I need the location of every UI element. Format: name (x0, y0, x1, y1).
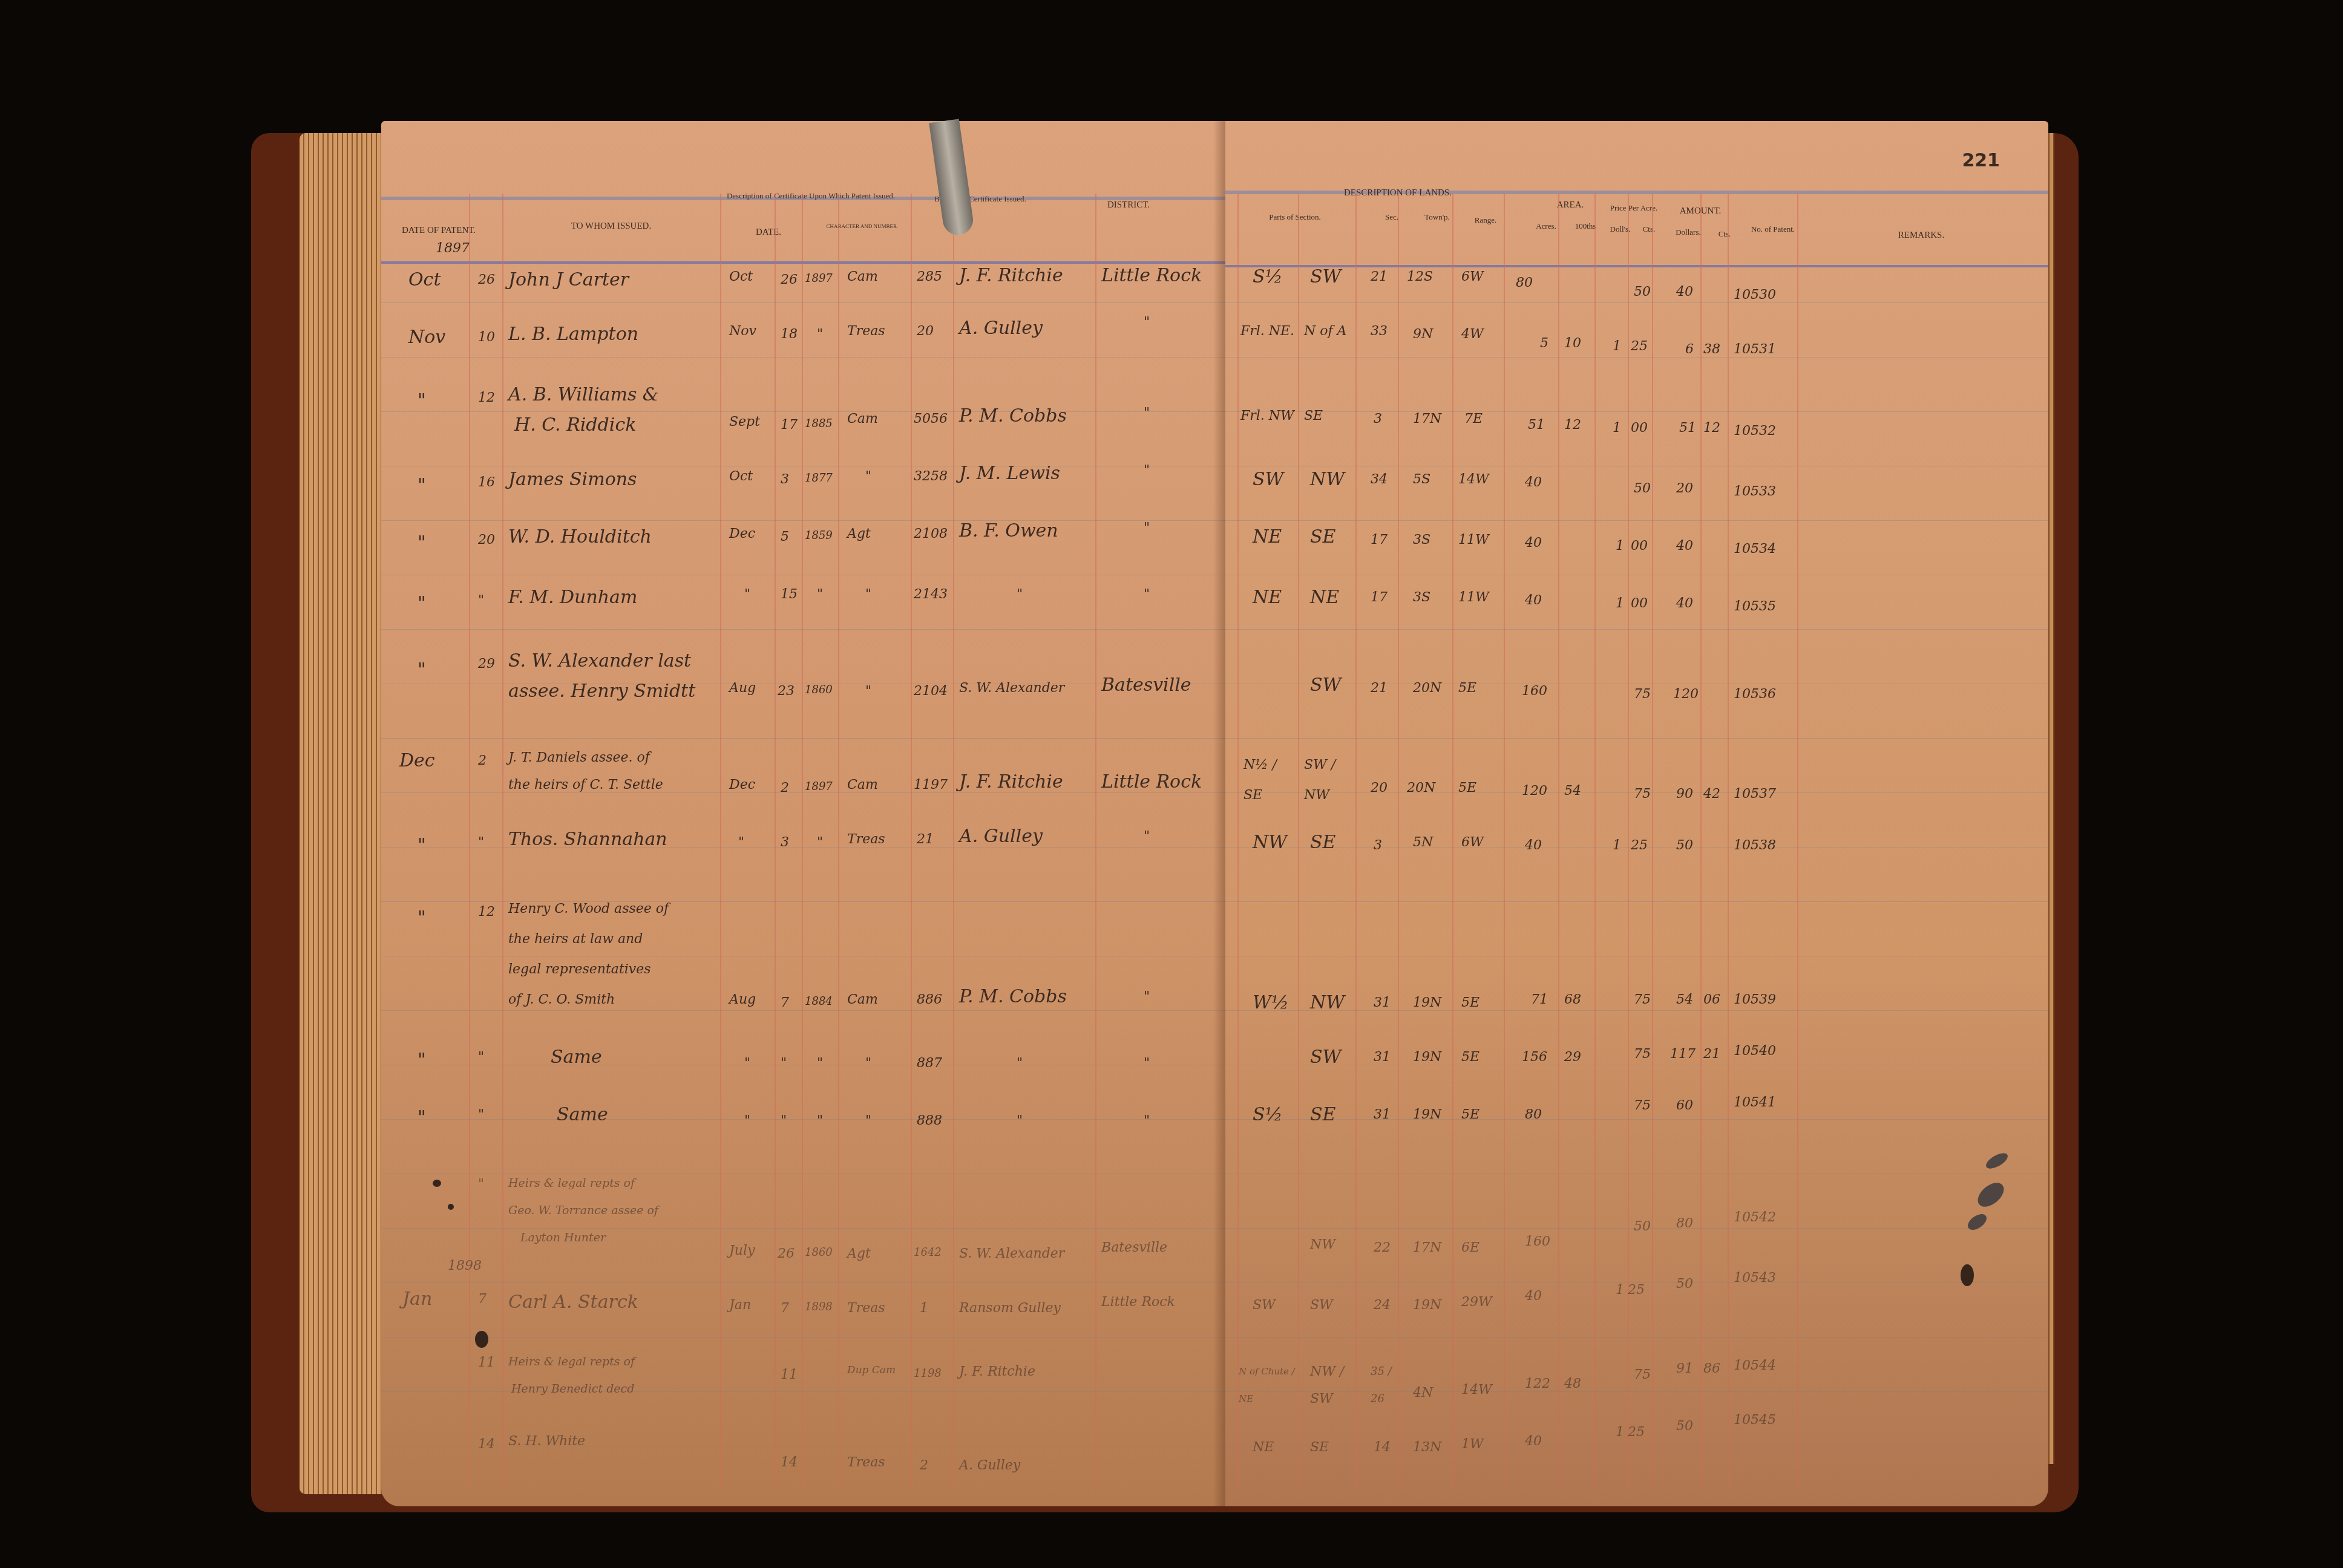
amount-dollars: 90 (1676, 786, 1693, 802)
year-1898: 1898 (448, 1258, 482, 1273)
section: 3 (1374, 838, 1382, 853)
patent-number: 10544 (1734, 1358, 1776, 1373)
price-dollars: 1 (1613, 420, 1621, 436)
header-cert-character: CHARACTER AND NUMBER. (817, 221, 908, 232)
entry-name-line: assee. Henry Smidtt (508, 681, 695, 702)
part-quarter: SW / NW (1304, 750, 1352, 811)
cert-year: 1860 (805, 684, 833, 696)
entry-name-line: Heirs & legal repts of (508, 1355, 635, 1368)
range: 7E (1464, 411, 1483, 426)
entry-name-line: Heirs & legal repts of (508, 1177, 635, 1190)
district: Little Rock (1101, 265, 1202, 286)
issuer: B. F. Owen (959, 520, 1058, 541)
cert-month: Jan (729, 1298, 751, 1313)
cert-number: 1198 (914, 1367, 942, 1380)
patent-number: 10543 (1734, 1270, 1776, 1285)
entry-month: " (418, 659, 426, 681)
section: 34 (1371, 472, 1388, 487)
entry-name-line: S. W. Alexander last (508, 650, 691, 671)
entry-name: F. M. Dunham (508, 587, 637, 608)
cert-year: 1877 (805, 472, 833, 485)
page-edges-left (300, 133, 390, 1494)
cert-year: 1884 (805, 995, 833, 1008)
header-district: DISTRICT. (1065, 200, 1192, 211)
parts-of-section: N½ / SE (1244, 750, 1298, 811)
amount-cents: 42 (1703, 786, 1720, 802)
row-rule (381, 520, 1225, 521)
header-range: Range. (1464, 215, 1507, 226)
district: " (1144, 520, 1150, 535)
row-rule (381, 629, 1225, 630)
district: Little Rock (1101, 771, 1202, 792)
header-to-whom-issued: TO WHOM ISSUED. (502, 221, 720, 232)
amount-dollars: 50 (1676, 838, 1693, 853)
issuer: P. M. Cobbs (959, 986, 1067, 1007)
row-rule (1225, 1065, 2048, 1065)
section: 31 (1374, 995, 1391, 1010)
header-parts-of-section: Parts of Section. (1237, 212, 1352, 223)
section: 17 (1371, 532, 1388, 547)
part-quarter: NW (1310, 992, 1345, 1013)
header-bottom-rule (381, 261, 1225, 264)
acres-hundredths: 29 (1564, 1050, 1581, 1065)
cert-number: 2108 (914, 526, 948, 541)
cert-number: 888 (917, 1113, 942, 1128)
part-quarter: SE (1310, 526, 1335, 547)
cert-month: " (738, 835, 744, 850)
issuer: J. F. Ritchie (959, 1364, 1035, 1379)
row-rule (1225, 1174, 2048, 1174)
ink-stain (433, 1180, 441, 1187)
township: 5S (1413, 472, 1430, 487)
cert-day: 7 (781, 1301, 789, 1316)
entry-day: 12 (478, 904, 495, 920)
row-rule (1225, 357, 2048, 358)
range: 5E (1458, 681, 1476, 696)
parts-of-section: Frl. NW (1240, 408, 1294, 423)
entry-day: 26 (478, 272, 495, 287)
district: " (1144, 829, 1150, 844)
range: 1W (1461, 1437, 1484, 1452)
row-rule (1225, 956, 2048, 956)
entry-month: " (418, 475, 426, 496)
entry-day: " (478, 593, 484, 608)
col-divider (1652, 194, 1653, 1488)
cert-month: Dec (729, 777, 755, 792)
patent-number: 10536 (1734, 687, 1776, 702)
price-cents: 50 (1634, 284, 1651, 299)
amount-dollars: 40 (1676, 596, 1693, 611)
patent-number: 10538 (1734, 838, 1776, 853)
cert-year: " (817, 587, 823, 602)
cert-character: " (865, 1113, 871, 1128)
district: " (1144, 315, 1150, 330)
cert-character: Treas (847, 832, 885, 847)
entry-name-line: Layton Hunter (520, 1231, 606, 1244)
entry-name: Thos. Shannahan (508, 829, 667, 850)
row-rule (381, 1065, 1225, 1065)
part-quarter: NE (1310, 587, 1339, 608)
cert-character: " (865, 469, 871, 484)
amount-dollars: 117 (1670, 1047, 1696, 1062)
cert-year: 1897 (805, 780, 833, 793)
header-price-per-acre: Price Per Acre. (1604, 203, 1664, 214)
entry-name-line: the heirs of C. T. Settle (508, 777, 663, 792)
district: Batesville (1101, 1240, 1167, 1255)
cert-day: 23 (778, 684, 795, 699)
cert-number: 2 (920, 1458, 928, 1473)
entry-name: Carl A. Starck (508, 1292, 638, 1313)
cert-day: 5 (781, 529, 789, 544)
cert-year: 1897 (805, 272, 833, 285)
cert-year: " (817, 1113, 823, 1128)
township: 19N (1413, 1107, 1441, 1122)
acres: 40 (1525, 593, 1542, 608)
entry-day: 12 (478, 390, 495, 405)
price-cents: 50 (1634, 481, 1651, 496)
entry-name-line: H. C. Riddick (514, 414, 636, 436)
township: 17N (1413, 1240, 1441, 1255)
cert-day: 3 (781, 472, 789, 487)
cert-day: 26 (778, 1246, 795, 1261)
acres: 40 (1525, 1434, 1542, 1449)
parts-of-section: Frl. NE. (1240, 324, 1294, 339)
row-rule (381, 738, 1225, 739)
acres: 40 (1525, 535, 1542, 550)
entry-month: Oct (408, 269, 441, 290)
price-cents: 00 (1631, 538, 1648, 554)
township: 13N (1413, 1440, 1441, 1455)
row-rule (381, 1282, 1225, 1283)
part-quarter: N of A (1304, 324, 1347, 339)
price-cents: 50 (1634, 1219, 1651, 1234)
entry-day: 20 (478, 532, 495, 547)
district: " (1144, 1113, 1150, 1128)
entry-name-line: Geo. W. Torrance assee of (508, 1204, 658, 1217)
cert-character: Agt (847, 1246, 871, 1261)
cert-month: Aug (729, 992, 756, 1007)
cert-month: Oct (729, 269, 753, 284)
col-divider (1298, 194, 1299, 1488)
ink-stain (1973, 1178, 2008, 1211)
price-cents: 25 (1631, 838, 1648, 853)
price-cents: 75 (1634, 687, 1651, 702)
amount-dollars: 40 (1676, 538, 1693, 554)
cert-month: Dec (729, 526, 755, 541)
right-page: 221 DESCRIPTION OF LANDS. Parts of Secti… (1225, 121, 2048, 1506)
row-rule (1225, 466, 2048, 466)
range: 6W (1461, 835, 1484, 850)
entry-month: Jan (402, 1289, 432, 1310)
cert-month: Aug (729, 681, 756, 696)
entry-month: " (418, 1107, 426, 1128)
range: 5E (1461, 1107, 1480, 1122)
cert-number: 887 (917, 1056, 942, 1071)
acres: 40 (1525, 838, 1542, 853)
row-rule (381, 357, 1225, 358)
header-date-of-patent: DATE OF PATENT. (393, 225, 484, 236)
entry-name-line: J. T. Daniels assee. of (508, 750, 650, 765)
acres: 40 (1525, 1289, 1542, 1304)
cert-day: 17 (781, 417, 798, 433)
row-rule (1225, 520, 2048, 521)
row-rule (1225, 1010, 2048, 1011)
part-quarter: NW (1310, 469, 1345, 490)
cert-number: 21 (917, 832, 934, 847)
section: 21 (1371, 681, 1388, 696)
section: 33 (1371, 324, 1388, 339)
parts-of-section: NE (1253, 587, 1282, 608)
issuer: A. Gulley (959, 1458, 1020, 1473)
cert-month: " (744, 587, 750, 602)
cert-month: " (744, 1113, 750, 1128)
acres: 80 (1516, 275, 1533, 290)
col-divider (1452, 194, 1453, 1488)
cert-day: 18 (781, 327, 798, 342)
header-sec: Sec. (1377, 212, 1407, 223)
cert-number: 5056 (914, 411, 948, 426)
parts-of-section: N of Chute / NE (1239, 1358, 1299, 1413)
cert-character: Treas (847, 1301, 885, 1316)
township: 4N (1413, 1385, 1433, 1400)
cert-character: Cam (847, 777, 878, 792)
header-area: AREA. (1540, 200, 1601, 211)
price-cents: 75 (1634, 1367, 1651, 1382)
col-divider (1594, 194, 1596, 1488)
price-cents: 25 (1631, 339, 1648, 354)
entry-name: Same (551, 1047, 602, 1068)
col-divider (775, 194, 776, 1488)
entry-month: Nov (408, 327, 445, 348)
cert-character: Dup Cam (847, 1364, 896, 1376)
amount-dollars: 50 (1676, 1419, 1693, 1434)
section: 35 / 26 (1371, 1358, 1401, 1413)
col-divider (838, 194, 839, 1488)
col-divider (911, 194, 912, 1488)
cert-month: " (744, 1056, 750, 1071)
amount-dollars: 40 (1676, 284, 1693, 299)
amount-dollars: 20 (1676, 481, 1693, 496)
row-rule (381, 956, 1225, 956)
township: 19N (1413, 995, 1441, 1010)
entry-name: James Simons (508, 469, 637, 490)
entry-name-line: Henry Benedict decd (511, 1382, 634, 1396)
township: 12S (1407, 269, 1433, 284)
range: 5E (1458, 780, 1476, 795)
patent-number: 10542 (1734, 1210, 1776, 1225)
row-rule (381, 1010, 1225, 1011)
range: 11W (1458, 532, 1489, 547)
section: 31 (1374, 1050, 1391, 1065)
cert-day: 14 (781, 1455, 798, 1470)
issuer: " (1017, 587, 1023, 602)
col-divider (720, 194, 721, 1488)
cert-year: " (817, 327, 823, 342)
range: 5E (1461, 995, 1480, 1010)
header-100ths: 100ths (1570, 221, 1601, 232)
township: 9N (1413, 327, 1433, 342)
ink-stain (1984, 1150, 2010, 1172)
cert-year: 1860 (805, 1246, 833, 1259)
amount-dollars: 80 (1676, 1216, 1693, 1231)
district: " (1144, 463, 1150, 478)
acres-hundredths: 54 (1564, 783, 1581, 799)
issuer: " (1017, 1113, 1023, 1128)
entry-name-line: legal representatives (508, 962, 651, 977)
entry-name: W. D. Houlditch (508, 526, 652, 547)
patent-number: 10535 (1734, 599, 1776, 614)
header-dolls: Doll's. (1604, 224, 1637, 235)
patent-number: 10531 (1734, 342, 1776, 357)
issuer: A. Gulley (959, 826, 1043, 847)
range: 14W (1461, 1382, 1492, 1397)
col-divider (1504, 194, 1505, 1488)
entry-month: " (418, 390, 426, 411)
row-rule (1225, 1337, 2048, 1338)
row-rule (1225, 684, 2048, 684)
entry-name-line: A. B. Williams & (508, 384, 659, 405)
row-rule (381, 466, 1225, 466)
range: 4W (1461, 327, 1484, 342)
cert-year: " (817, 1056, 823, 1071)
price-dollars: 1 (1613, 339, 1621, 354)
entry-day: 10 (478, 330, 495, 345)
entry-day: 11 (478, 1355, 495, 1370)
entry-month: " (418, 835, 426, 856)
ink-stain (448, 1204, 454, 1210)
cert-day: 11 (781, 1367, 798, 1382)
price-dollars: 1 (1616, 538, 1624, 554)
entry-day: 16 (478, 475, 495, 490)
amount-dollars: 91 (1676, 1361, 1693, 1376)
district: " (1144, 587, 1150, 602)
issuer: " (1017, 1056, 1023, 1071)
row-rule (1225, 575, 2048, 575)
row-rule (1225, 901, 2048, 902)
issuer: J. F. Ritchie (959, 265, 1063, 286)
part-quarter: SW (1310, 1047, 1341, 1068)
parts-of-section: SW (1253, 469, 1283, 490)
header-bottom-rule (1225, 265, 2048, 267)
header-no-of-patent: No. of Patent. (1740, 224, 1806, 235)
row-rule (1225, 1446, 2048, 1446)
range: 6E (1461, 1240, 1480, 1255)
col-divider (1558, 194, 1559, 1488)
patent-number: 10541 (1734, 1095, 1776, 1110)
range: 11W (1458, 590, 1489, 605)
patent-number: 10533 (1734, 484, 1776, 499)
price-cents: 00 (1631, 596, 1648, 611)
row-rule (1225, 629, 2048, 630)
price-dollars: 1 (1616, 596, 1624, 611)
section: 24 (1374, 1298, 1391, 1313)
parts-of-section: NE (1253, 526, 1282, 547)
entry-day: 14 (478, 1437, 495, 1452)
township: 19N (1413, 1298, 1441, 1313)
price-dollars: 1 (1613, 838, 1621, 853)
row-rule (381, 1391, 1225, 1392)
acres-hundredths: 10 (1564, 336, 1581, 351)
amount-cents: 06 (1703, 992, 1720, 1007)
cert-day: 3 (781, 835, 789, 850)
acres: 160 (1525, 1234, 1550, 1249)
cert-month: Nov (729, 324, 756, 339)
cert-day: " (781, 1113, 787, 1128)
district: Batesville (1101, 675, 1191, 696)
cert-month: Oct (729, 469, 753, 484)
cert-character: " (865, 684, 871, 699)
parts-of-section: NE (1253, 1440, 1274, 1455)
entry-day: " (478, 1050, 484, 1065)
range: 29W (1461, 1295, 1492, 1310)
issuer: J. F. Ritchie (959, 771, 1063, 792)
entry-name-line: Henry C. Wood assee of (508, 901, 669, 916)
cert-number: 20 (917, 324, 934, 339)
district: " (1144, 1056, 1150, 1071)
row-rule (1225, 302, 2048, 303)
cert-year: 1859 (805, 529, 833, 542)
township: 3S (1413, 532, 1430, 547)
cert-character: Treas (847, 1455, 885, 1470)
cert-number: 2104 (914, 684, 948, 699)
entry-name: Same (557, 1104, 608, 1125)
parts-of-section: S½ (1253, 1104, 1283, 1125)
acres-hundredths: 68 (1564, 992, 1581, 1007)
district: Little Rock (1101, 1295, 1175, 1310)
entry-name-line: the heirs at law and (508, 932, 643, 947)
header-amount-cts: Cts. (1712, 229, 1737, 240)
left-page: DATE OF PATENT. 1897 TO WHOM ISSUED. Des… (381, 121, 1225, 1506)
cert-number: 285 (917, 269, 942, 284)
ink-stain (475, 1331, 488, 1348)
section: 21 (1371, 269, 1388, 284)
ledger-book: DATE OF PATENT. 1897 TO WHOM ISSUED. Des… (251, 121, 2079, 1512)
township: 20N (1413, 681, 1441, 696)
price-dollars: 1 (1616, 1425, 1624, 1440)
entry-month: Dec (399, 750, 435, 771)
amount-cents: 21 (1703, 1047, 1720, 1062)
township: 19N (1413, 1050, 1441, 1065)
row-rule (1225, 1119, 2048, 1120)
cert-day: 7 (781, 995, 789, 1010)
amount-dollars: 60 (1676, 1098, 1693, 1113)
entry-name: S. H. White (508, 1434, 585, 1449)
township: 20N (1407, 780, 1435, 795)
entry-day: 7 (478, 1292, 487, 1307)
acres: 160 (1522, 684, 1547, 699)
part-quarter: NW (1310, 1237, 1335, 1252)
row-rule (381, 792, 1225, 793)
part-quarter: SE (1310, 1440, 1329, 1455)
col-divider (1355, 194, 1357, 1488)
cert-character: Cam (847, 411, 878, 426)
col-divider (953, 194, 954, 1488)
township: 3S (1413, 590, 1430, 605)
row-rule (381, 1228, 1225, 1229)
col-divider (1237, 194, 1239, 1488)
header-remarks: REMARKS. (1830, 230, 2012, 241)
acres: 120 (1522, 783, 1547, 799)
entry-name: L. B. Lampton (508, 324, 638, 345)
range: 6W (1461, 269, 1484, 284)
cert-year: " (817, 835, 823, 850)
part-quarter: SW (1310, 266, 1341, 287)
row-rule (381, 575, 1225, 575)
part-quarter: SW (1310, 1298, 1333, 1313)
ink-stain (1961, 1264, 1974, 1286)
acres: 71 (1531, 992, 1548, 1007)
amount-cents: 38 (1703, 342, 1720, 357)
